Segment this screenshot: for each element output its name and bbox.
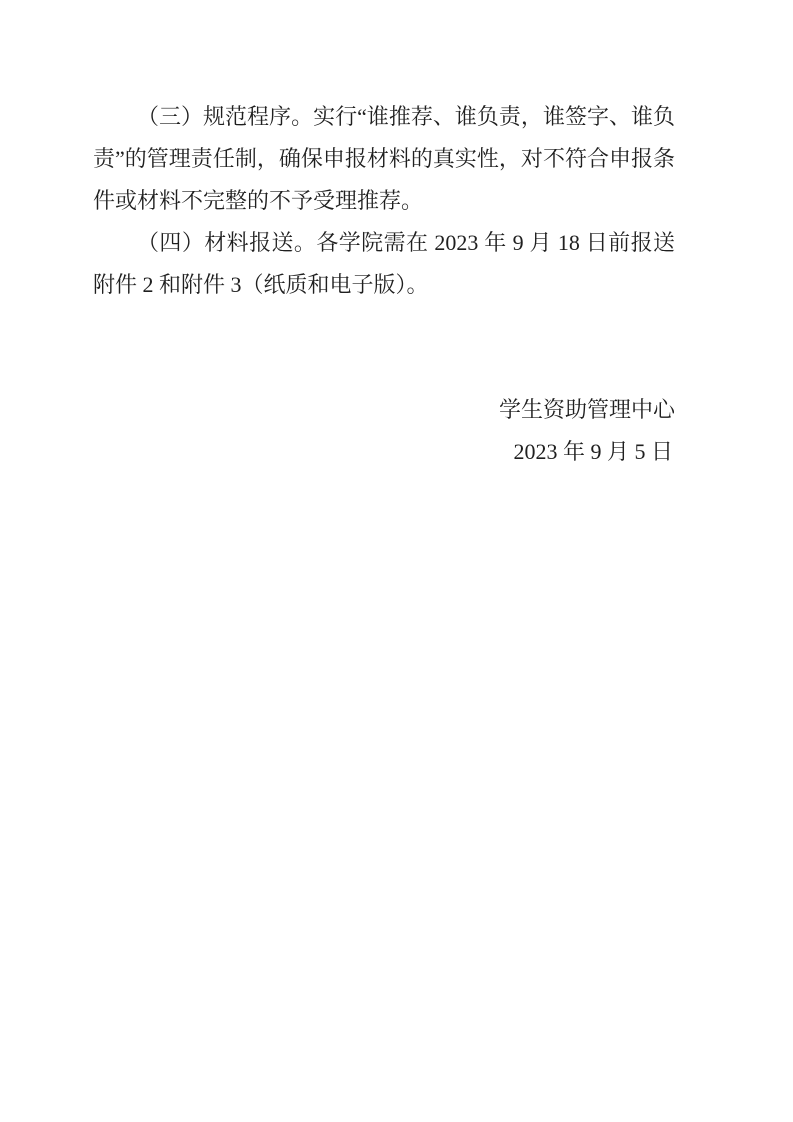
signature-date: 2023 年 9 月 5 日: [93, 431, 675, 473]
paragraph-item-4-submission: （四）材料报送。各学院需在 2023 年 9 月 18 日前报送附件 2 和附件…: [93, 222, 675, 306]
document-page: （三）规范程序。实行“谁推荐、谁负责，谁签字、谁负责”的管理责任制，确保申报材料…: [0, 0, 793, 1122]
paragraph-item-3-procedure: （三）规范程序。实行“谁推荐、谁负责，谁签字、谁负责”的管理责任制，确保申报材料…: [93, 96, 675, 222]
document-body: （三）规范程序。实行“谁推荐、谁负责，谁签字、谁负责”的管理责任制，确保申报材料…: [93, 96, 675, 473]
signature-block: 学生资助管理中心 2023 年 9 月 5 日: [93, 389, 675, 473]
signature-organization: 学生资助管理中心: [93, 389, 675, 431]
